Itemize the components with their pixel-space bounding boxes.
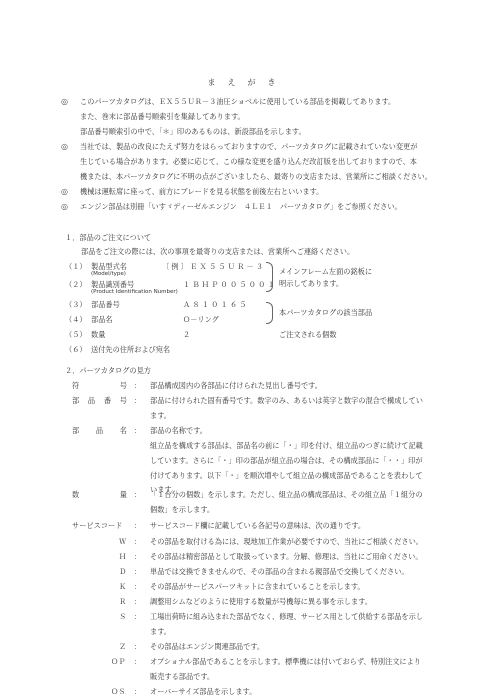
service-code: Ｒ (119, 598, 126, 605)
service-code: Ｗ (119, 538, 126, 545)
item-number: （２） (65, 281, 87, 288)
entry-colon: ： (134, 658, 141, 665)
section-heading: ２．パーツカタログの見方 (65, 367, 151, 374)
code-text: 工場出荷時に組み込まれた部品でなく、修理、サービス用として供給する部品を示し (150, 613, 423, 620)
service-code: ＯＰ (111, 658, 125, 665)
preface-line: 部品番号順索引の中で、「＊」印のあるものは、新設部品を示します。 (80, 128, 306, 135)
bullet-icon: ◎ (61, 203, 68, 211)
entry-colon: ： (134, 598, 141, 605)
entry-colon: ： (134, 643, 141, 650)
item-sublabel: (Model/type) (91, 272, 126, 278)
code-text: オーバーサイズ部品を示します。 (150, 688, 256, 695)
entry-colon: ： (134, 491, 141, 498)
code-text: ます。 (150, 628, 171, 635)
entry-colon: ： (134, 613, 141, 620)
entry-colon: ： (134, 688, 141, 695)
item-value: Ｏ－リング (183, 316, 219, 323)
entry-text: 付けてあります。以下「・」を順次増やして組立品の構成部品であることを表わして (150, 472, 423, 479)
item-value: Ａ８１０１６５ (183, 301, 249, 308)
bullet-icon: ◎ (61, 143, 68, 151)
service-code: Ｈ (119, 553, 126, 560)
service-code: ＯＳ (111, 688, 125, 695)
preface-line: 機械は運転席に座って、前方にブレードを見る状態を前後左右といいます。 (80, 188, 323, 195)
note-main-frame: 明示してあります。 (279, 280, 343, 287)
entry-text: 部品に付けられた固有番号です。数字のみ、あるいは英字と数字の混合で構成してい (150, 397, 423, 404)
item-value: ２ (183, 331, 190, 338)
service-code: Ｋ (119, 583, 126, 590)
entry-text: 「１台分の個数」を示します。ただし、組立品の構成部品は、その組立品「１組分の (150, 491, 423, 498)
item-number: （５） (65, 331, 87, 338)
preface-line: エンジン部品は別冊「いすゞディーゼルエンジン ４ＬＥ１ パーツカタログ」をご参照… (80, 203, 402, 210)
preface-line: 機または、本パーツカタログに不明の点がございましたら、最寄りの支店または、営業所… (80, 173, 432, 180)
entry-label: 部品名 (72, 427, 127, 434)
item-value: 〔例〕ＥＸ５５ＵＲ－３ (162, 263, 265, 270)
note-catalog-part: 本パーツカタログの該当部品 (279, 309, 372, 316)
item-label: 数量 (91, 331, 105, 338)
note-quantity: ご注文される個数 (279, 331, 337, 338)
code-text: 調整用シムなどのように使用する数量が号機毎に異る事を示します。 (150, 598, 372, 605)
preface-line: 生じている場合があります。必要に応じて、この様な変更を盛り込んだ改訂版を出してお… (80, 158, 417, 165)
entry-colon: ： (134, 522, 141, 529)
entry-colon: ： (134, 427, 141, 434)
entry-text: サービスコード欄に記載している各記号の意味は、次の通りです。 (150, 522, 365, 529)
entry-text: しています。さらに「・」印の部品が組立品の場合は、その構成部品に「・・」印が (150, 457, 423, 464)
service-code: Ｚ (119, 643, 126, 650)
service-code: Ｓ (119, 613, 126, 620)
entry-colon: ： (134, 397, 141, 404)
preface-line: また、巻末に部品番号順索引を集録してあります。 (80, 113, 245, 120)
entry-text: ます。 (150, 412, 171, 419)
entry-colon: ： (134, 382, 141, 389)
item-value: １ＢＨＰ００５００１ (183, 281, 277, 288)
section-intro: 部品をご注文の際には、次の事項を最寄りの支店または、営業所へご連絡ください。 (81, 248, 354, 255)
section-heading: １．部品のご注文について (65, 234, 151, 241)
bullet-icon: ◎ (61, 188, 68, 196)
entry-colon: ： (134, 538, 141, 545)
code-text: オプショナル部品であることを示します。標準機には付いておらず、特別注文により (150, 658, 421, 665)
entry-text: 個数」を示します。 (150, 506, 214, 513)
brace-bracket (266, 262, 273, 292)
page-title: まえがき (0, 79, 495, 87)
item-label: 部品番号 (91, 301, 120, 308)
item-label: 製品型式名 (91, 263, 127, 270)
entry-text: 部品構成図内の各部品に付けられた見出し番号です。 (150, 382, 322, 389)
item-sublabel: (Product Identification Number) (91, 290, 178, 296)
item-label: 部品名 (91, 316, 113, 323)
service-code: Ｄ (119, 568, 126, 575)
item-label: 送付先の住所および宛名 (91, 346, 170, 353)
entry-text: 組立品を構成する部品は、部品名の前に「・」印を付け、組立品のつぎに続けて記載 (150, 442, 423, 449)
entry-label: 符 号 (72, 382, 127, 389)
code-text: その部品がサービスパーツキットに含まれていることを示します。 (150, 583, 365, 590)
preface-line: 当社では、製品の改良にたえず努力をはらっておりますので、パーツカタログに記載され… (80, 143, 417, 150)
preface-line: このパーツカタログは、ＥＸ５５ＵＲ－３油圧ショベルに使用している部品を掲載してあ… (80, 98, 395, 105)
entry-label: 数 量 (72, 491, 127, 498)
item-number: （１） (65, 263, 87, 270)
code-text: 単品では交換できませんので、その部品の含まれる親部品で交換してください。 (150, 568, 409, 575)
item-number: （６） (65, 346, 87, 353)
entry-colon: ： (134, 583, 141, 590)
note-main-frame: メインフレーム左面の銘板に (279, 268, 372, 275)
code-text: その部品はエンジン関連部品です。 (150, 643, 264, 650)
code-text: その部品を取付ける為には、現地加工作業が必要ですので、当社にご相談ください。 (150, 538, 423, 545)
entry-text: 部品の名称です。 (150, 427, 207, 434)
code-text: 販売する部品です。 (150, 673, 214, 680)
item-label: 製品識別番号 (91, 281, 134, 288)
entry-colon: ： (134, 553, 141, 560)
entry-colon: ： (134, 568, 141, 575)
item-number: （３） (65, 301, 87, 308)
bullet-icon: ◎ (61, 98, 68, 106)
code-text: その部品は精密部品として取扱っています。分解、修理は、当社にご用命ください。 (150, 553, 423, 560)
item-number: （４） (65, 316, 87, 323)
entry-label: 部品番号 (72, 397, 127, 404)
entry-label: サービスコード (72, 522, 122, 529)
brace-bracket (266, 302, 273, 324)
